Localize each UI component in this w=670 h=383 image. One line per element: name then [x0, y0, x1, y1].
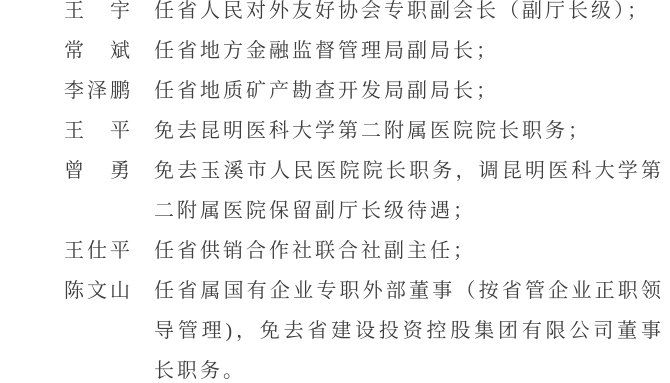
document-page: 王 宇 任省人民对外友好协会专职副会长（副厅长级）； 常 斌 任省地方金融监督管… [0, 0, 670, 383]
appointment-list: 王 宇 任省人民对外友好协会专职副会长（副厅长级）； 常 斌 任省地方金融监督管… [64, 0, 664, 383]
appointment-text: 任省属国有企业专职外部董事（按省管企业正职领导管理)，免去省建设投资控股集团有限… [154, 271, 664, 383]
appointment-text: 免去玉溪市人民医院院长职务，调昆明医科大学第二附属医院保留副厅长级待遇； [154, 151, 664, 231]
appointment-text: 免去昆明医科大学第二附属医院院长职务； [154, 111, 664, 151]
person-name: 曾 勇 [64, 151, 154, 191]
appointment-text: 任省地方金融监督管理局副局长； [154, 31, 664, 71]
appointment-entry: 陈文山 任省属国有企业专职外部董事（按省管企业正职领导管理)，免去省建设投资控股… [64, 271, 664, 383]
person-name: 李泽鹏 [64, 71, 154, 111]
appointment-text: 任省供销合作社联合社副主任； [154, 231, 664, 271]
appointment-entry: 王仕平 任省供销合作社联合社副主任； [64, 231, 664, 271]
appointment-entry: 李泽鹏 任省地质矿产勘查开发局副局长； [64, 71, 664, 111]
appointment-entry: 王 宇 任省人民对外友好协会专职副会长（副厅长级）； [64, 0, 664, 31]
appointment-text: 任省地质矿产勘查开发局副局长； [154, 71, 664, 111]
person-name: 陈文山 [64, 271, 154, 311]
appointment-entry: 王 平 免去昆明医科大学第二附属医院院长职务； [64, 111, 664, 151]
appointment-text: 任省人民对外友好协会专职副会长（副厅长级）； [154, 0, 664, 31]
appointment-entry: 曾 勇 免去玉溪市人民医院院长职务，调昆明医科大学第二附属医院保留副厅长级待遇； [64, 151, 664, 231]
person-name: 王 宇 [64, 0, 154, 31]
person-name: 王 平 [64, 111, 154, 151]
appointment-entry: 常 斌 任省地方金融监督管理局副局长； [64, 31, 664, 71]
person-name: 常 斌 [64, 31, 154, 71]
person-name: 王仕平 [64, 231, 154, 271]
